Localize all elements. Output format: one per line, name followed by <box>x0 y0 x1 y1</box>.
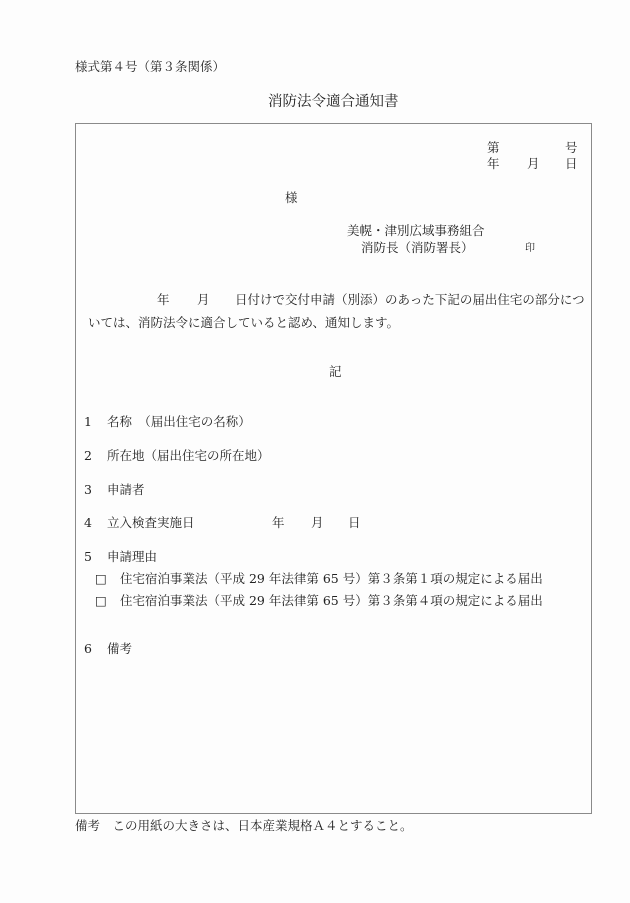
item-4-label: 立入検査実施日 <box>107 517 195 530</box>
body-year: 年 <box>157 294 170 307</box>
item-2-number: 2 <box>84 450 92 463</box>
reason-1-text: 住宅宿泊事業法（平成 29 年法律第 65 号）第３条第１項の規定による届出 <box>120 573 543 586</box>
item-6-label: 備考 <box>107 643 132 656</box>
form-number: 様式第４号（第３条関係） <box>75 61 225 74</box>
reason-1-checkbox[interactable]: □ <box>95 573 107 586</box>
item-4-month: 月 <box>311 517 324 530</box>
item-4-year: 年 <box>272 517 285 530</box>
item-2-label: 所在地（届出住宅の所在地） <box>107 450 270 463</box>
item-1-label: 名称 （届出住宅の名称） <box>107 416 251 429</box>
issuer-title: 消防長（消防署長） <box>361 242 474 255</box>
item-3-number: 3 <box>84 484 92 497</box>
date-day: 日 <box>565 158 578 171</box>
reason-2-text: 住宅宿泊事業法（平成 29 年法律第 65 号）第３条第４項の規定による届出 <box>120 595 543 608</box>
document-title: 消防法令適合通知書 <box>268 95 399 110</box>
date-month: 月 <box>527 158 540 171</box>
body-line1: 日付けで交付申請（別添）のあった下記の届出住宅の部分につ <box>235 294 585 307</box>
item-4-day: 日 <box>348 517 361 530</box>
number-prefix: 第 <box>487 142 500 155</box>
form-frame <box>75 123 592 814</box>
date-year: 年 <box>487 158 500 171</box>
number-suffix: 号 <box>565 142 578 155</box>
issuer-organization: 美幌・津別広域事務組合 <box>347 225 485 238</box>
seal-mark: 印 <box>525 244 535 254</box>
ki-heading: 記 <box>329 366 342 379</box>
item-3-label: 申請者 <box>107 484 145 497</box>
footnote: 備考 この用紙の大きさは、日本産業規格Ａ４とすること。 <box>75 820 413 833</box>
addressee-suffix: 様 <box>285 192 298 205</box>
item-5-number: 5 <box>84 551 92 564</box>
item-1-number: 1 <box>84 416 92 429</box>
item-5-label: 申請理由 <box>107 551 157 564</box>
item-6-number: 6 <box>84 643 92 656</box>
item-4-number: 4 <box>84 517 92 530</box>
body-line2: いては、消防法令に適合していると認め、通知します。 <box>88 317 399 330</box>
body-month: 月 <box>197 294 210 307</box>
reason-2-checkbox[interactable]: □ <box>95 595 107 608</box>
